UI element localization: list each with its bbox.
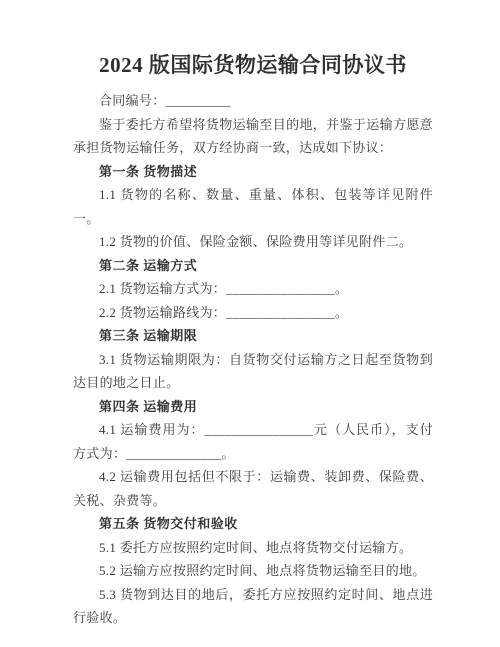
clause-5-3: 5.3 货物到达目的地后，委托方应按照约定时间、地点进行验收。 xyxy=(73,583,433,630)
clause-1-1: 1.1 货物的名称、数量、重量、体积、包装等详见附件一。 xyxy=(73,183,433,230)
section-3-heading: 第三条 运输期限 xyxy=(73,324,433,348)
section-5-heading: 第五条 货物交付和验收 xyxy=(73,512,433,536)
clause-4-1: 4.1 运输费用为：________________元（人民币），支付方式为：_… xyxy=(73,418,433,465)
contract-number-label: 合同编号： xyxy=(99,93,166,108)
document-title: 2024 版国际货物运输合同协议书 xyxy=(73,50,433,80)
contract-number-blank: __________ xyxy=(166,93,231,108)
clause-3-1: 3.1 货物运输期限为：自货物交付运输方之日起至货物到达目的地之日止。 xyxy=(73,348,433,395)
clause-5-2: 5.2 运输方应按照约定时间、地点将货物运输至目的地。 xyxy=(73,559,433,583)
section-4-heading: 第四条 运输费用 xyxy=(73,395,433,419)
clause-1-2: 1.2 货物的价值、保险金额、保险费用等详见附件二。 xyxy=(73,230,433,254)
clause-2-2: 2.2 货物运输路线为：________________。 xyxy=(73,301,433,325)
preamble-paragraph: 鉴于委托方希望将货物运输至目的地，并鉴于运输方愿意承担货物运输任务，双方经协商一… xyxy=(73,113,433,160)
clause-4-2: 4.2 运输费用包括但不限于：运输费、装卸费、保险费、关税、杂费等。 xyxy=(73,465,433,512)
contract-document-page: 2024 版国际货物运输合同协议书 合同编号：__________ 鉴于委托方希… xyxy=(0,0,500,647)
clause-5-1: 5.1 委托方应按照约定时间、地点将货物交付运输方。 xyxy=(73,536,433,560)
clause-2-1: 2.1 货物运输方式为：________________。 xyxy=(73,277,433,301)
contract-number-line: 合同编号：__________ xyxy=(73,89,433,113)
section-2-heading: 第二条 运输方式 xyxy=(73,254,433,278)
section-1-heading: 第一条 货物描述 xyxy=(73,160,433,184)
